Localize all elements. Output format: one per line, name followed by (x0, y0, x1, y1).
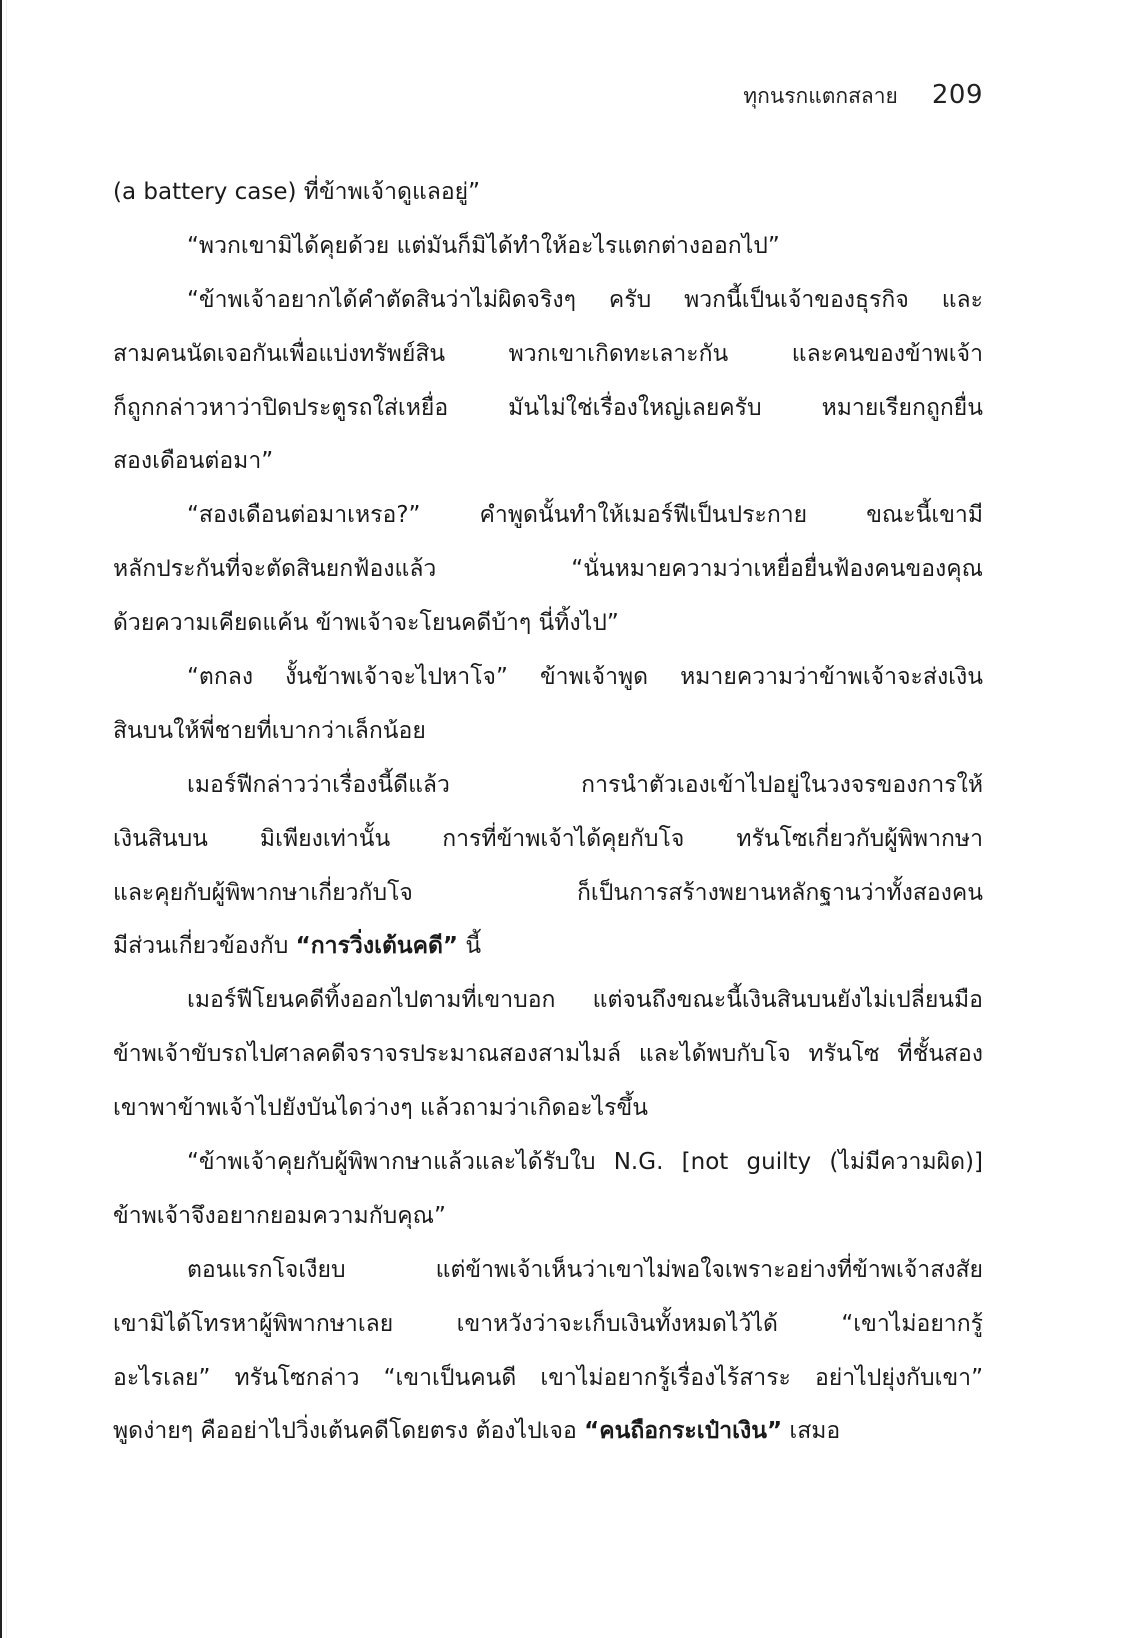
body-text: (a battery case) ที่ข้าพเจ้าดูแลอยู่” “พ… (113, 166, 983, 1459)
text-line: ข้าพเจ้าขับรถไปศาลคดีจราจรประมาณสองสามไม… (113, 1028, 983, 1082)
text-line: (a battery case) ที่ข้าพเจ้าดูแลอยู่” (113, 166, 983, 220)
text-line: ด้วยความเคียดแค้น ข้าพเจ้าจะโยนคดีบ้าๆ น… (113, 597, 983, 651)
text-line: พูดง่ายๆ คืออย่าไปวิ่งเต้นคดีโดยตรง ต้อง… (113, 1405, 983, 1459)
text-line: “พวกเขามิได้คุยด้วย แต่มันก็มิได้ทำให้อะ… (113, 220, 983, 274)
bold-term: “การวิ่งเต้นคดี” (296, 933, 458, 959)
text-line: ข้าพเจ้าจึงอยากยอมความกับคุณ” (113, 1190, 983, 1244)
text-line: อะไรเลย” ทรันโซกล่าว “เขาเป็นคนดี เขาไม่… (113, 1352, 983, 1406)
page-edge-border (0, 0, 2, 1638)
running-header: ทุกนรกแตกสลาย 209 (743, 80, 983, 113)
text-span: นี้ (458, 933, 481, 959)
text-line: “ข้าพเจ้าคุยกับผู้พิพากษาแล้วและได้รับใบ… (113, 1136, 983, 1190)
text-line: สินบนให้พี่ชายที่เบากว่าเล็กน้อย (113, 705, 983, 759)
text-line: “สองเดือนต่อมาเหรอ?” คำพูดนั้นทำให้เมอร์… (113, 489, 983, 543)
text-line: เมอร์ฟีโยนคดีทิ้งออกไปตามที่เขาบอก แต่จน… (113, 974, 983, 1028)
text-span: พูดง่ายๆ คืออย่าไปวิ่งเต้นคดีโดยตรง ต้อง… (113, 1418, 584, 1444)
text-line: เขาพาข้าพเจ้าไปยังบันไดว่างๆ แล้วถามว่าเ… (113, 1082, 983, 1136)
page-edge-shadow (6, 0, 7, 1638)
running-title: ทุกนรกแตกสลาย (743, 80, 898, 113)
text-line: และคุยกับผู้พิพากษาเกี่ยวกับโจ ก็เป็นการ… (113, 867, 983, 921)
page-number: 209 (932, 80, 983, 110)
text-span: มีส่วนเกี่ยวข้องกับ (113, 933, 296, 959)
text-line: เงินสินบน มิเพียงเท่านั้น การที่ข้าพเจ้า… (113, 813, 983, 867)
text-line: สามคนนัดเจอกันเพื่อแบ่งทรัพย์สิน พวกเขาเ… (113, 328, 983, 382)
text-line: มีส่วนเกี่ยวข้องกับ “การวิ่งเต้นคดี” นี้ (113, 920, 983, 974)
bold-term: “คนถือกระเป๋าเงิน” (584, 1418, 782, 1444)
text-span: เสมอ (782, 1418, 840, 1444)
text-line: หลักประกันที่จะตัดสินยกฟ้องแล้ว “นั่นหมา… (113, 543, 983, 597)
text-line: ตอนแรกโจเงียบ แต่ข้าพเจ้าเห็นว่าเขาไม่พอ… (113, 1244, 983, 1298)
text-line: เขามิได้โทรหาผู้พิพากษาเลย เขาหวังว่าจะเ… (113, 1298, 983, 1352)
text-line: “ตกลง งั้นข้าพเจ้าจะไปหาโจ” ข้าพเจ้าพูด … (113, 651, 983, 705)
text-line: ก็ถูกกล่าวหาว่าปิดประตูรถใส่เหยื่อ มันไม… (113, 382, 983, 436)
text-line: “ข้าพเจ้าอยากได้คำตัดสินว่าไม่ผิดจริงๆ ค… (113, 274, 983, 328)
text-line: เมอร์ฟีกล่าวว่าเรื่องนี้ดีแล้ว การนำตัวเ… (113, 759, 983, 813)
text-line: สองเดือนต่อมา” (113, 435, 983, 489)
